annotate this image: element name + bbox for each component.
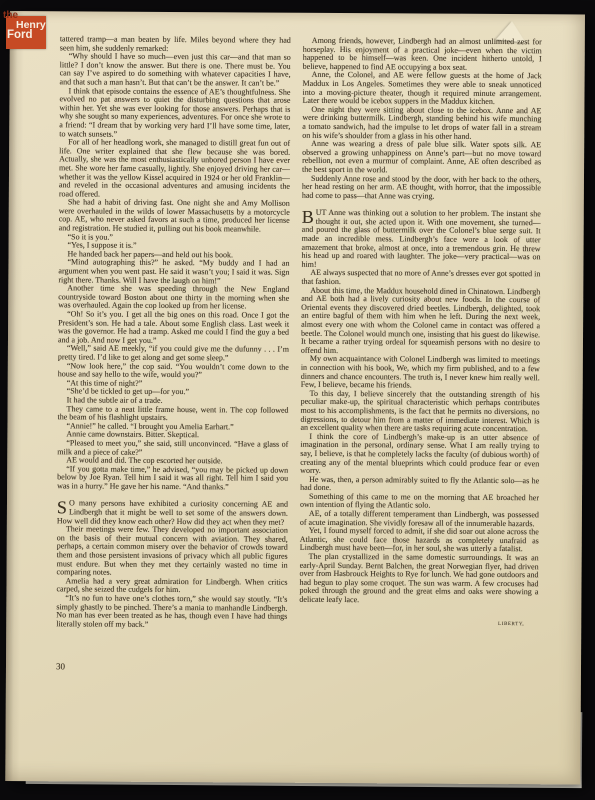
logo-word-ford: Ford: [7, 30, 33, 41]
paragraph: “Mind autographing this?” he asked. “My …: [58, 259, 289, 286]
paragraph: One night they were sitting about close …: [302, 106, 541, 142]
dropcap-letter: B: [302, 209, 316, 225]
magazine-page: tattered tramp—a man beaten by life. Mil…: [5, 11, 585, 784]
paragraph: The plan crystallized in the same domest…: [299, 553, 538, 606]
column-left: tattered tramp—a man beaten by life. Mil…: [55, 35, 291, 784]
paragraph: She had a habit of driving fast. One nig…: [59, 199, 290, 235]
paragraph: Another time she was speeding through th…: [58, 285, 289, 312]
paragraph: “If you gotta make time,” he advised, “y…: [57, 465, 288, 492]
paragraph: Suddenly Anne rose and stood by the door…: [302, 174, 541, 201]
paragraph: “Oh! So it’s you. I get all the big ones…: [58, 310, 289, 346]
paragraph: “Why should I have so much—even just thi…: [60, 52, 291, 88]
paragraph: I think the core of Lindbergh’s make-up …: [300, 433, 539, 477]
paragraph: I think that episode contains the essenc…: [59, 87, 290, 140]
paragraph: “Well,” said AE meekly, “if you could gi…: [58, 345, 289, 364]
paragraph: My own acquaintance with Colonel Lindber…: [301, 355, 540, 391]
paragraph: Anne, the Colonel, and AE were fellow gu…: [302, 71, 541, 107]
paragraph: Their meetings were few. They developed …: [57, 526, 288, 579]
dropcap-letter: S: [57, 500, 69, 516]
paragraph: SO many persons have exhibited a curiosi…: [57, 500, 288, 527]
henry-ford-watermark: the Henry Ford: [3, 12, 49, 52]
scan-background: { "watermark": { "the": "the", "henry": …: [0, 0, 595, 800]
paragraph: Among friends, however, Lindbergh had an…: [303, 37, 542, 73]
paragraph: About this time, the Maddux household di…: [301, 286, 540, 356]
paragraph: Anne was wearing a dress of pale blue si…: [302, 140, 541, 176]
paragraph: Yet, I found myself forced to admit, if …: [300, 527, 539, 554]
magazine-imprint: LIBERTY,: [299, 620, 538, 627]
page-number: 30: [56, 663, 287, 673]
paragraph: For all of her headlong work, she manage…: [59, 138, 290, 200]
paragraph: BUT Anne was thinking out a solution to …: [301, 209, 540, 271]
paragraph: To this day, I believe sincerely that th…: [300, 390, 539, 434]
paragraph: “It’s no fun to have one’s clothes torn,…: [56, 594, 287, 630]
article-text-block: tattered tramp—a man beaten by life. Mil…: [55, 35, 542, 786]
column-right: Among friends, however, Lindbergh had an…: [298, 37, 542, 786]
